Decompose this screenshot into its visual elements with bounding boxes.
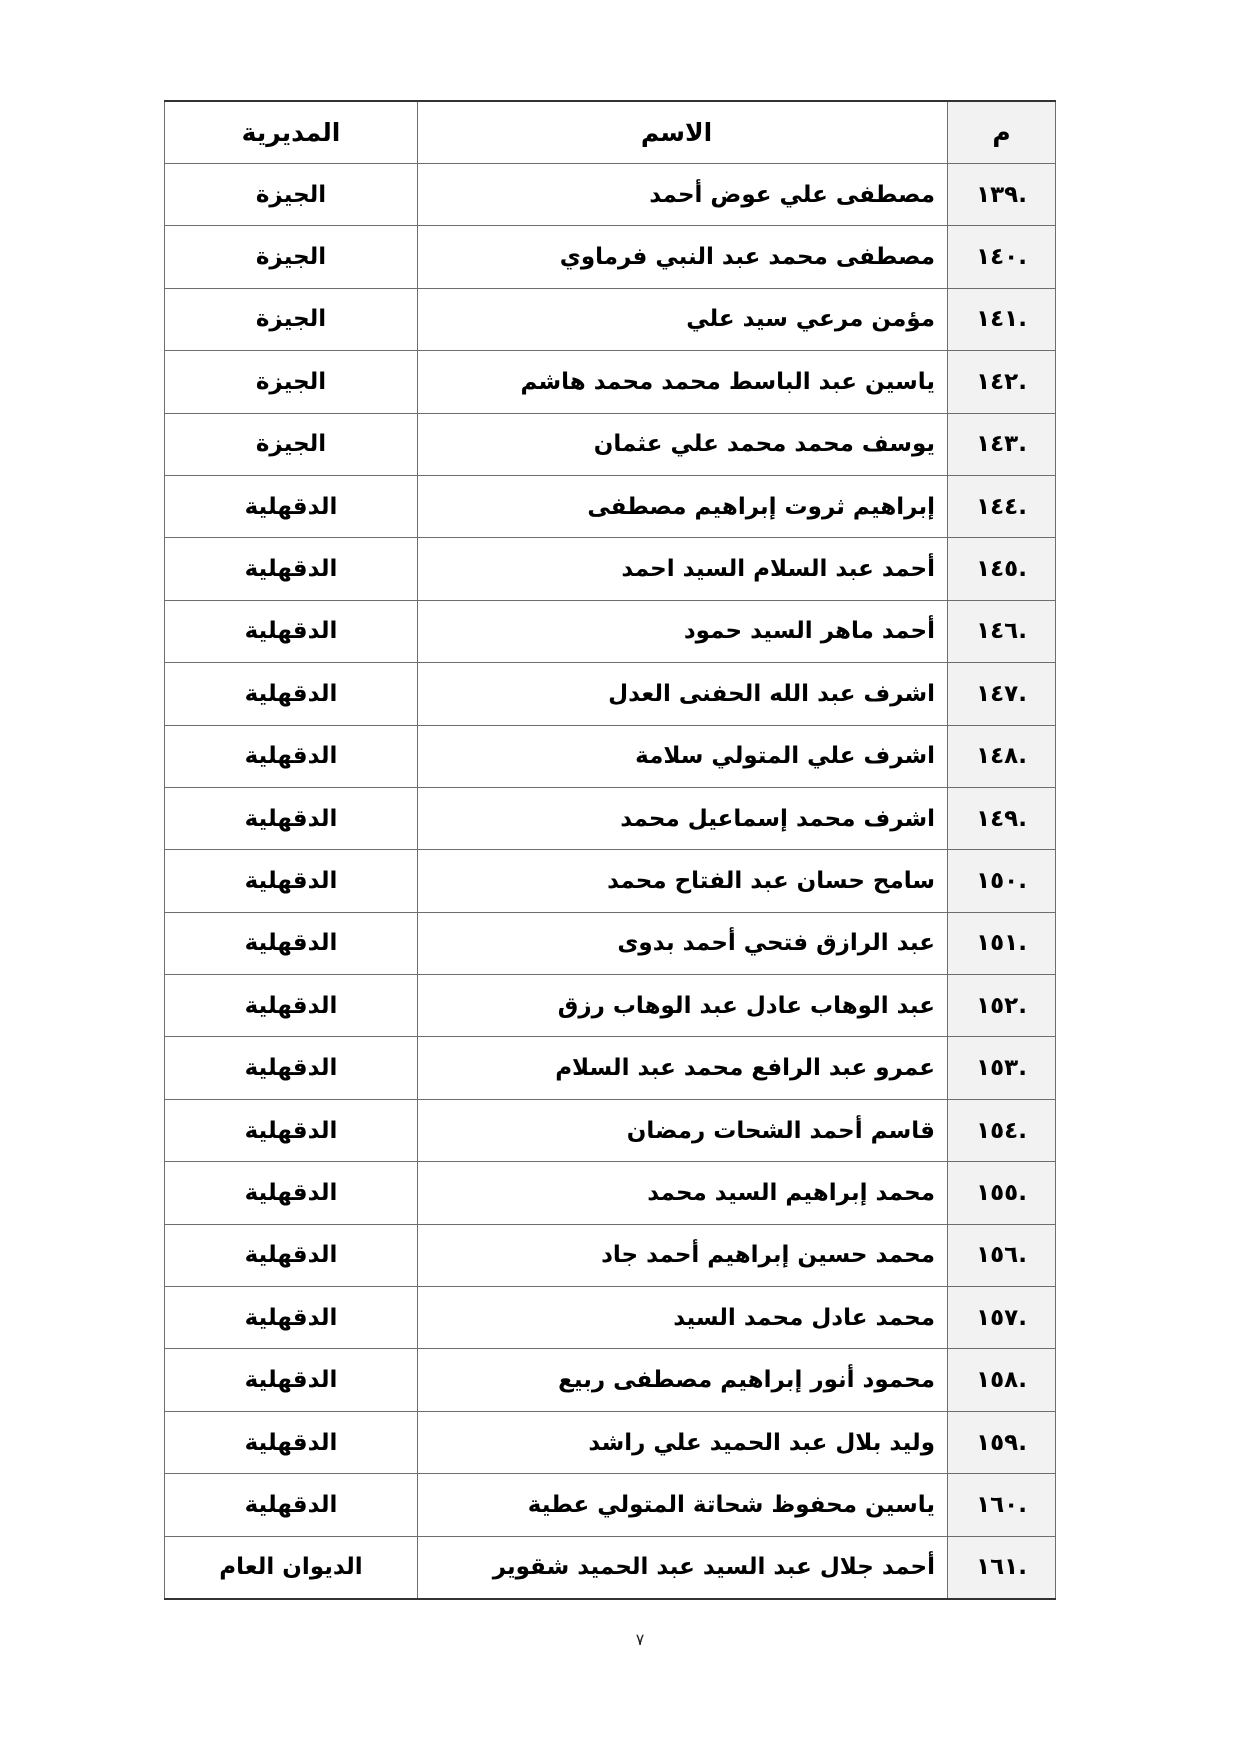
row-directorate: الدقهلية [165,725,418,787]
table-row: .١٥٢عبد الوهاب عادل عبد الوهاب رزقالدقهل… [165,975,1056,1037]
row-directorate: الديوان العام [165,1536,418,1599]
row-name: اشرف علي المتولي سلامة [418,725,948,787]
row-number: .١٦١ [948,1536,1056,1599]
row-name: عمرو عبد الرافع محمد عبد السلام [418,1037,948,1099]
row-name: ياسين عبد الباسط محمد محمد هاشم [418,351,948,413]
table-row: .١٤٦أحمد ماهر السيد حمودالدقهلية [165,600,1056,662]
row-number: .١٤٩ [948,787,1056,849]
row-directorate: الدقهلية [165,1287,418,1349]
row-name: يوسف محمد محمد علي عثمان [418,413,948,475]
table-body: .١٣٩مصطفى علي عوض أحمدالجيزة.١٤٠مصطفى مح… [165,164,1056,1599]
row-number: .١٣٩ [948,164,1056,226]
table-row: .١٣٩مصطفى علي عوض أحمدالجيزة [165,164,1056,226]
row-name: مؤمن مرعي سيد علي [418,288,948,350]
row-name: محمد إبراهيم السيد محمد [418,1162,948,1224]
row-directorate: الدقهلية [165,475,418,537]
row-name: إبراهيم ثروت إبراهيم مصطفى [418,475,948,537]
row-directorate: الدقهلية [165,1349,418,1411]
row-name: قاسم أحمد الشحات رمضان [418,1099,948,1161]
row-directorate: الدقهلية [165,538,418,600]
table-row: .١٦١أحمد جلال عبد السيد عبد الحميد شقوير… [165,1536,1056,1599]
table-row: .١٥٥محمد إبراهيم السيد محمدالدقهلية [165,1162,1056,1224]
row-name: أحمد ماهر السيد حمود [418,600,948,662]
table-row: .١٥٨محمود أنور إبراهيم مصطفى ربيعالدقهلي… [165,1349,1056,1411]
table-row: .١٤٣يوسف محمد محمد علي عثمانالجيزة [165,413,1056,475]
row-number: .١٤٨ [948,725,1056,787]
row-directorate: الدقهلية [165,600,418,662]
row-directorate: الدقهلية [165,1411,418,1473]
table-row: .١٥١عبد الرازق فتحي أحمد بدوىالدقهلية [165,912,1056,974]
row-name: أحمد جلال عبد السيد عبد الحميد شقوير [418,1536,948,1599]
row-name: أحمد عبد السلام السيد احمد [418,538,948,600]
table-row: .١٤٧اشرف عبد الله الحفنى العدلالدقهلية [165,663,1056,725]
row-number: .١٥٧ [948,1287,1056,1349]
table-row: .١٥٠سامح حسان عبد الفتاح محمدالدقهلية [165,850,1056,912]
row-number: .١٥٣ [948,1037,1056,1099]
row-name: محمد عادل محمد السيد [418,1287,948,1349]
row-directorate: الدقهلية [165,850,418,912]
table-row: .١٤٨اشرف علي المتولي سلامةالدقهلية [165,725,1056,787]
row-directorate: الدقهلية [165,1474,418,1536]
row-number: .١٥١ [948,912,1056,974]
table-row: .١٤٠مصطفى محمد عبد النبي فرماويالجيزة [165,226,1056,288]
row-directorate: الدقهلية [165,1037,418,1099]
names-table: م الاسم المديرية .١٣٩مصطفى علي عوض أحمدا… [164,100,1056,1600]
page-number: ٧ [620,1630,660,1649]
row-number: .١٤٥ [948,538,1056,600]
row-number: .١٤٧ [948,663,1056,725]
header-name: الاسم [418,101,948,164]
row-number: .١٤٠ [948,226,1056,288]
table-header-row: م الاسم المديرية [165,101,1056,164]
table-row: .١٤٥أحمد عبد السلام السيد احمدالدقهلية [165,538,1056,600]
row-name: محمد حسين إبراهيم أحمد جاد [418,1224,948,1286]
row-directorate: الجيزة [165,351,418,413]
row-directorate: الدقهلية [165,1224,418,1286]
row-directorate: الجيزة [165,164,418,226]
row-name: سامح حسان عبد الفتاح محمد [418,850,948,912]
row-number: .١٤٤ [948,475,1056,537]
row-name: محمود أنور إبراهيم مصطفى ربيع [418,1349,948,1411]
row-directorate: الدقهلية [165,663,418,725]
row-number: .١٤٦ [948,600,1056,662]
row-name: عبد الوهاب عادل عبد الوهاب رزق [418,975,948,1037]
table-row: .١٥٤قاسم أحمد الشحات رمضانالدقهلية [165,1099,1056,1161]
table-row: .١٥٣عمرو عبد الرافع محمد عبد السلامالدقه… [165,1037,1056,1099]
row-number: .١٦٠ [948,1474,1056,1536]
table-row: .١٤٢ياسين عبد الباسط محمد محمد هاشمالجيز… [165,351,1056,413]
table-row: .١٥٩وليد بلال عبد الحميد علي راشدالدقهلي… [165,1411,1056,1473]
row-directorate: الجيزة [165,226,418,288]
table-row: .١٥٧محمد عادل محمد السيدالدقهلية [165,1287,1056,1349]
header-directorate: المديرية [165,101,418,164]
row-number: .١٤٢ [948,351,1056,413]
row-name: مصطفى علي عوض أحمد [418,164,948,226]
row-name: وليد بلال عبد الحميد علي راشد [418,1411,948,1473]
row-number: .١٥٩ [948,1411,1056,1473]
row-name: مصطفى محمد عبد النبي فرماوي [418,226,948,288]
row-number: .١٥٠ [948,850,1056,912]
row-number: .١٤١ [948,288,1056,350]
row-name: اشرف محمد إسماعيل محمد [418,787,948,849]
row-name: عبد الرازق فتحي أحمد بدوى [418,912,948,974]
row-number: .١٤٣ [948,413,1056,475]
row-directorate: الدقهلية [165,787,418,849]
table-row: .١٤٤إبراهيم ثروت إبراهيم مصطفىالدقهلية [165,475,1056,537]
table-row: .١٥٦محمد حسين إبراهيم أحمد جادالدقهلية [165,1224,1056,1286]
table-row: .١٤٩اشرف محمد إسماعيل محمدالدقهلية [165,787,1056,849]
table-row: .١٤١مؤمن مرعي سيد عليالجيزة [165,288,1056,350]
table-row: .١٦٠ياسين محفوظ شحاتة المتولي عطيةالدقهل… [165,1474,1056,1536]
row-name: اشرف عبد الله الحفنى العدل [418,663,948,725]
row-directorate: الدقهلية [165,1162,418,1224]
row-directorate: الدقهلية [165,1099,418,1161]
row-number: .١٥٨ [948,1349,1056,1411]
row-number: .١٥٤ [948,1099,1056,1161]
row-directorate: الدقهلية [165,975,418,1037]
header-number: م [948,101,1056,164]
row-number: .١٥٢ [948,975,1056,1037]
row-directorate: الجيزة [165,413,418,475]
row-directorate: الجيزة [165,288,418,350]
row-name: ياسين محفوظ شحاتة المتولي عطية [418,1474,948,1536]
row-number: .١٥٦ [948,1224,1056,1286]
document-page: م الاسم المديرية .١٣٩مصطفى علي عوض أحمدا… [0,0,1241,1755]
row-directorate: الدقهلية [165,912,418,974]
row-number: .١٥٥ [948,1162,1056,1224]
